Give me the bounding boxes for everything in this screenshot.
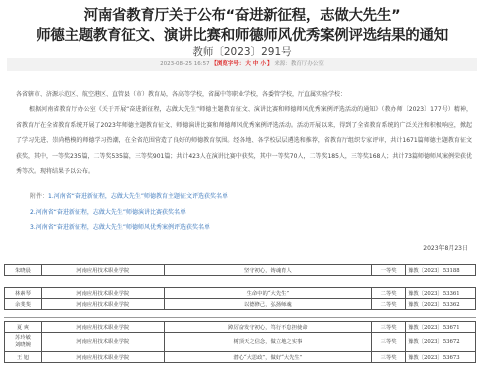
font-size-control: 【浏览字号：大中小】 [211, 61, 274, 67]
title-line-2: 师德主题教育征文、演讲比赛和师德师风优秀案例评选结果的通知 [0, 26, 484, 46]
issue-date: 2023年8月23日 [423, 243, 468, 252]
attachment-link-2[interactable]: 2.河南省“奋进新征程，志做大先生”师德演讲比赛获奖名单 [30, 205, 228, 221]
award-level: 三等奖 [372, 352, 406, 363]
certificate-number: 豫教〔2023〕53362 [406, 299, 476, 310]
certificate-number: 豫教〔2023〕53361 [406, 288, 476, 299]
entry-title: 树顶天之信念，做立地之实事 [164, 333, 372, 352]
table-row: 夏 爽 河南应用技术职业学院 踔厉奋发守初心，笃行不怠担使命 三等奖 豫教〔20… [5, 322, 476, 333]
winner-name: 王 旭 [5, 352, 42, 363]
winner-names: 苏玲敏刘晓婉 [5, 333, 42, 352]
attachments-label: 附件： [30, 193, 48, 200]
certificate-number: 豫教〔2023〕53671 [406, 322, 476, 333]
attachment-link-3[interactable]: 3.河南省“奋进新征程，志做大先生”师德师风优秀案例评选获奖名单 [30, 220, 228, 236]
font-size-medium-link[interactable]: 中 [253, 61, 259, 67]
winner-name: 夏 爽 [5, 322, 42, 333]
entry-title: 踔厉奋发守初心，笃行不怠担使命 [164, 322, 372, 333]
winner-name: 朱晓晨 [5, 265, 42, 276]
title-line-1: 河南省教育厅关于公布“奋进新征程，志做大先生” [0, 6, 484, 26]
award-table-fragment-1: 朱晓晨 河南应用技术职业学院 坚守初心，铸魂育人 一等奖 豫教〔2023〕531… [4, 264, 476, 276]
school: 河南应用技术职业学院 [41, 352, 164, 363]
award-table-fragment-2: 林素琴 河南应用技术职业学院 生命中的“大先生” 二等奖 豫教〔2023〕533… [4, 287, 476, 310]
school: 河南应用技术职业学院 [41, 265, 164, 276]
school: 河南应用技术职业学院 [41, 322, 164, 333]
meta-bar: 2023-08-25 16:57 【浏览字号：大中小】 来源：教育厅办公室 [7, 58, 477, 71]
font-size-small-link[interactable]: 小 [260, 61, 266, 67]
school: 河南应用技术职业学院 [41, 299, 164, 310]
table-row: 苏玲敏刘晓婉 河南应用技术职业学院 树顶天之信念，做立地之实事 三等奖 豫教〔2… [5, 333, 476, 352]
font-size-large-link[interactable]: 大 [245, 61, 251, 67]
document-number: 教师〔2023〕291号 [0, 44, 484, 59]
award-level: 三等奖 [372, 322, 406, 333]
school: 河南应用技术职业学院 [41, 333, 164, 352]
salutation: 各省辖市、济源示范区、航空港区、直管县（市）教育局，各高等学校，省属中等职业学校… [16, 87, 472, 103]
entry-title: 坚守初心，铸魂育人 [164, 265, 372, 276]
certificate-number: 豫教〔2023〕53672 [406, 333, 476, 352]
entry-title: 以德修己，弘扬师魂 [164, 299, 372, 310]
table-row: 朱晓晨 河南应用技术职业学院 坚守初心，铸魂育人 一等奖 豫教〔2023〕531… [5, 265, 476, 276]
entry-title: 潜心“大思政”，做好“大先生” [164, 352, 372, 363]
award-level: 一等奖 [372, 265, 406, 276]
award-table-fragment-3: 夏 爽 河南应用技术职业学院 踔厉奋发守初心，笃行不怠担使命 三等奖 豫教〔20… [4, 321, 476, 363]
award-level: 二等奖 [372, 288, 406, 299]
source: 来源：教育厅办公室 [274, 61, 324, 67]
certificate-number: 豫教〔2023〕53673 [406, 352, 476, 363]
award-level: 二等奖 [372, 299, 406, 310]
award-level: 三等奖 [372, 333, 406, 352]
winner-name: 余斐斐 [5, 299, 42, 310]
body-paragraph: 根据河南省教育厅办公室《关于开展“奋进新征程，志做大先生”师德主题教育征文、演讲… [16, 102, 472, 180]
entry-title: 生命中的“大先生” [164, 288, 372, 299]
certificate-number: 豫教〔2023〕53188 [406, 265, 476, 276]
publish-datetime: 2023-08-25 16:57 [160, 61, 210, 67]
attachments-list: 附件：1.河南省“奋进新征程，志做大先生”师德教育主题征文评选获奖名单 2.河南… [30, 189, 228, 236]
attachment-link-1[interactable]: 1.河南省“奋进新征程，志做大先生”师德教育主题征文评选获奖名单 [48, 193, 228, 200]
table-row: 王 旭 河南应用技术职业学院 潜心“大思政”，做好“大先生” 三等奖 豫教〔20… [5, 352, 476, 363]
table-divider [4, 317, 476, 318]
school: 河南应用技术职业学院 [41, 288, 164, 299]
table-row: 林素琴 河南应用技术职业学院 生命中的“大先生” 二等奖 豫教〔2023〕533… [5, 288, 476, 299]
article-title: 河南省教育厅关于公布“奋进新征程，志做大先生” 师德主题教育征文、演讲比赛和师德… [0, 6, 484, 46]
winner-name: 林素琴 [5, 288, 42, 299]
table-row: 余斐斐 河南应用技术职业学院 以德修己，弘扬师魂 二等奖 豫教〔2023〕533… [5, 299, 476, 310]
